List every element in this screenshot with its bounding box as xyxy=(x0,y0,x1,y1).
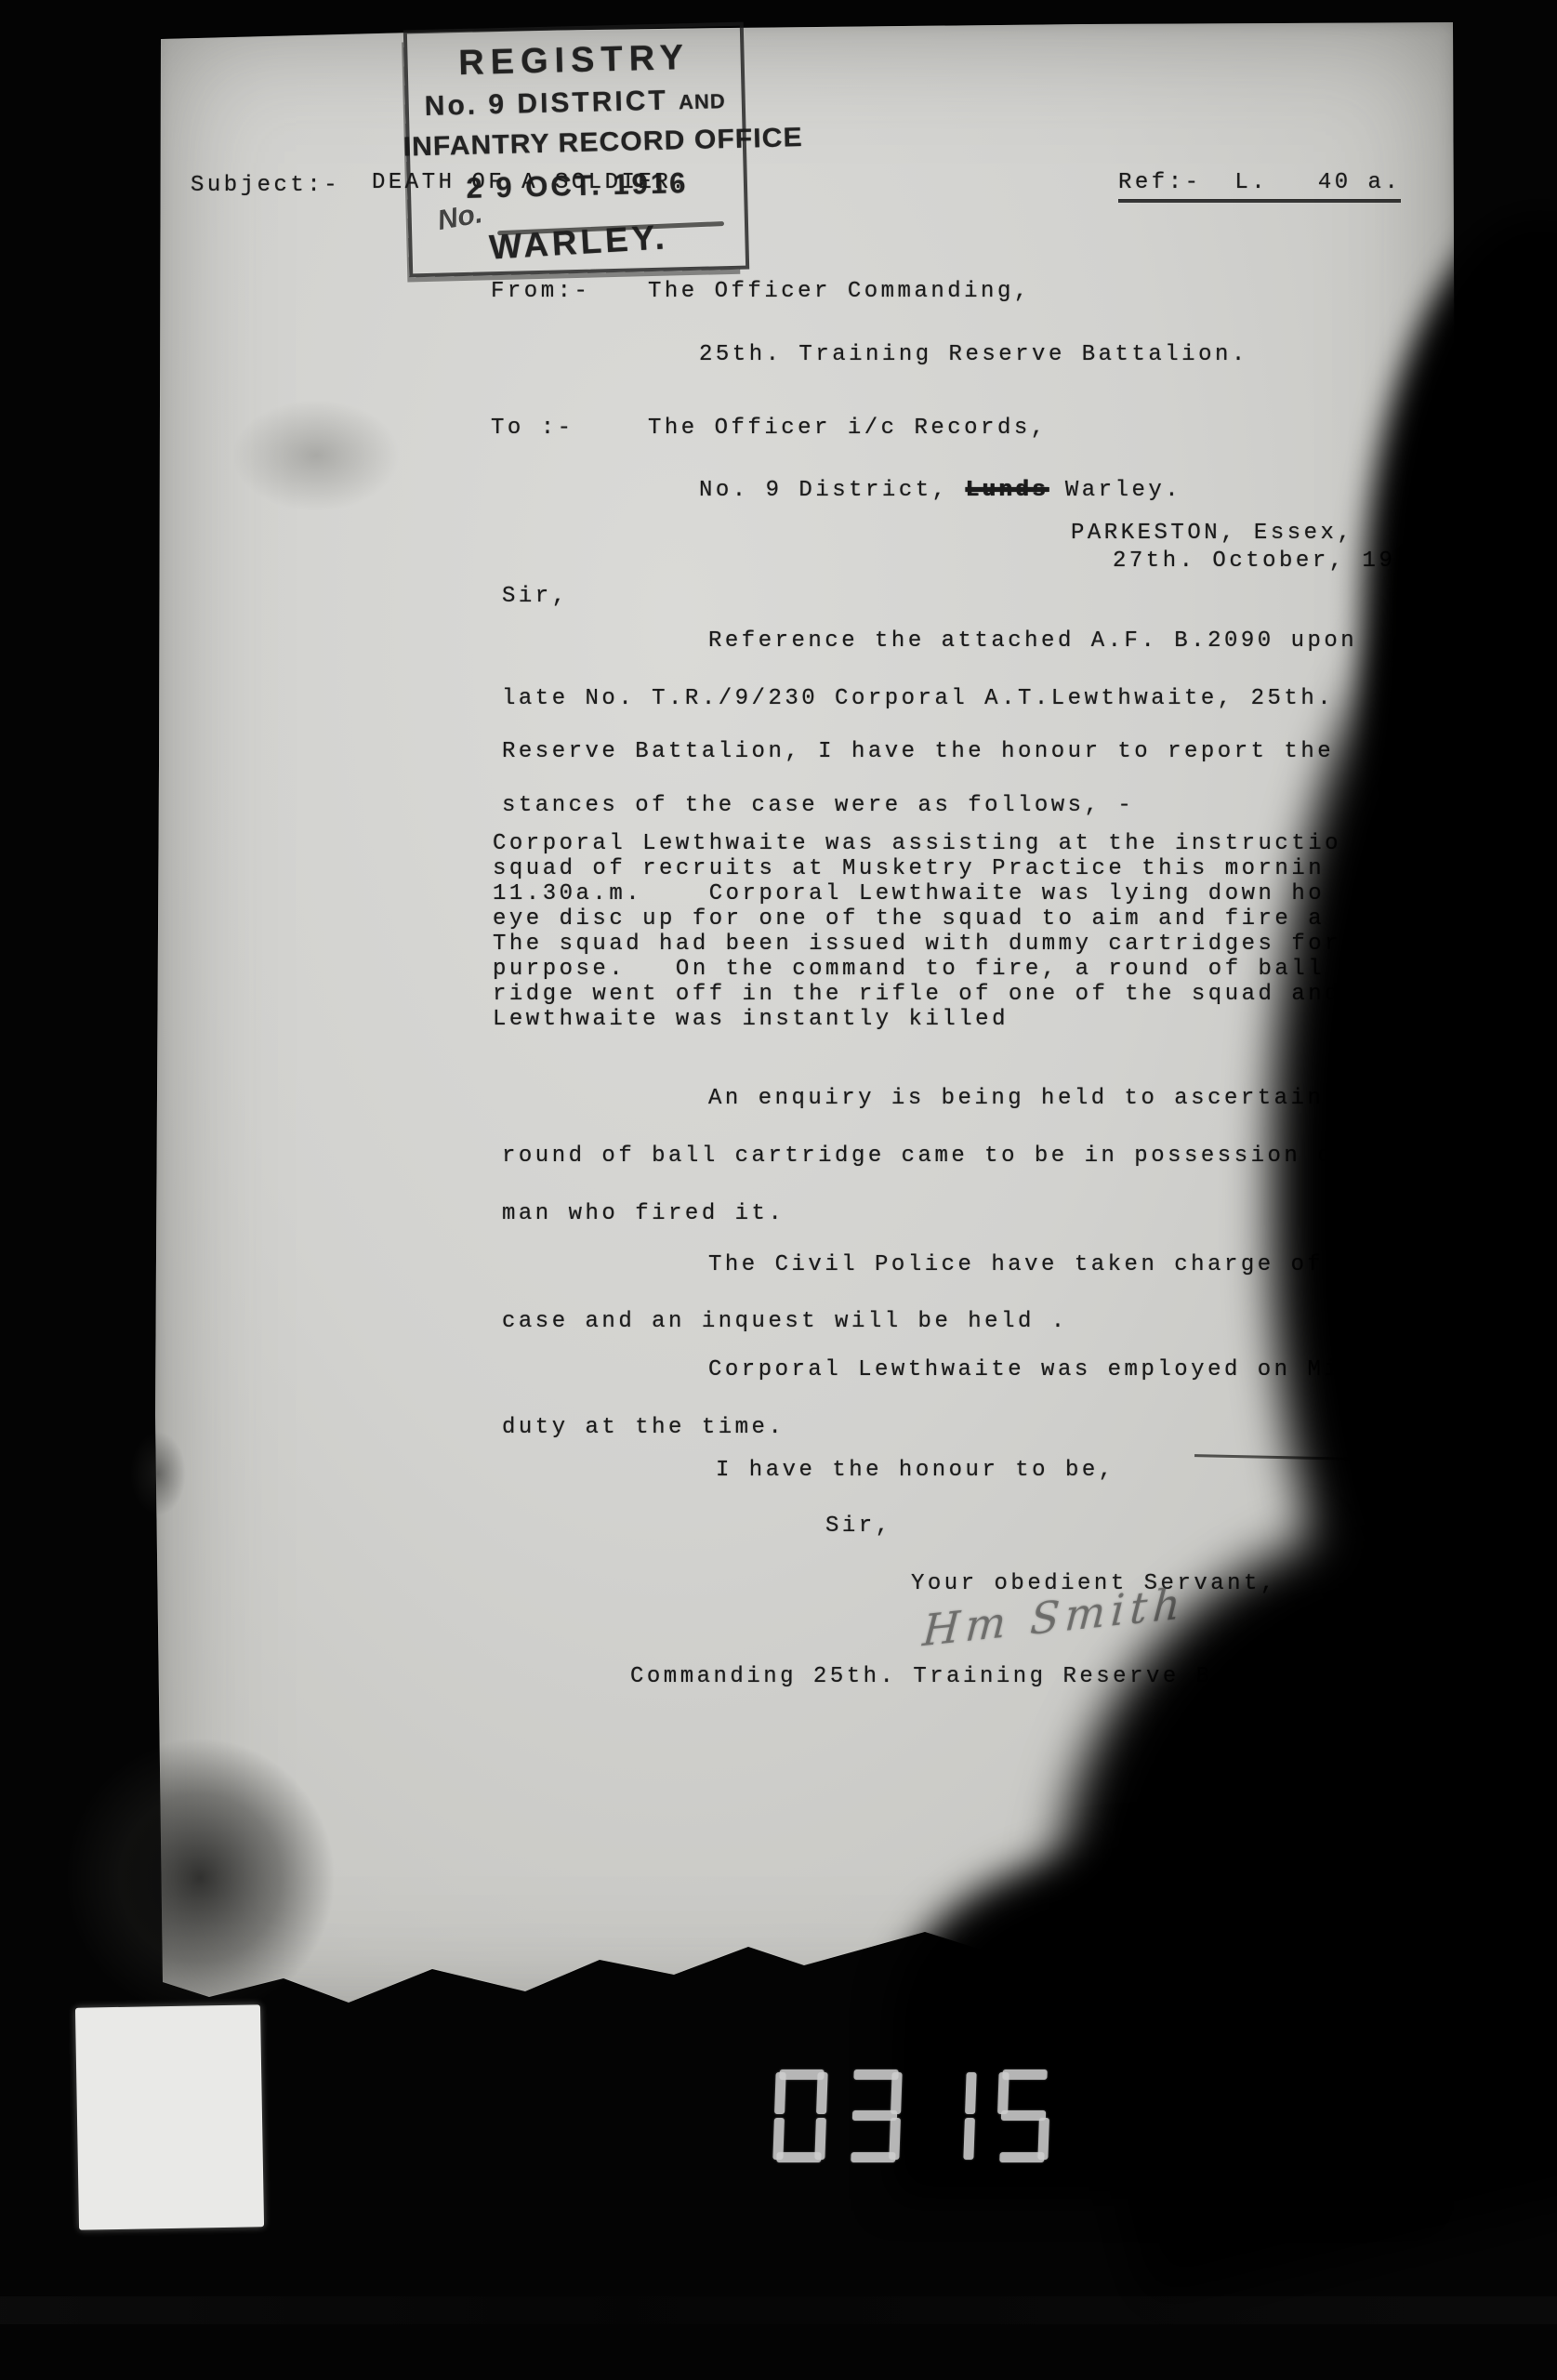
para1-line3: Reserve Battalion, I have the honour to … xyxy=(502,739,1334,765)
para2-line6: purpose. On the command to fire, a round… xyxy=(493,957,1325,983)
reference-number: Ref:- L. 40 a. xyxy=(1118,170,1401,203)
closing-line1: I have the honour to be, xyxy=(716,1458,1115,1484)
para1-line2: late No. T.R./9/230 Corporal A.T.Lewthwa… xyxy=(502,686,1334,712)
segment-d xyxy=(851,2152,895,2162)
para4-line1: The Civil Police have taken charge of xyxy=(708,1252,1324,1278)
para3-line2: round of ball cartridge came to be in po… xyxy=(502,1144,1351,1170)
para2-line8: Lewthwaite was instantly killed xyxy=(493,1007,1009,1033)
counter-digit xyxy=(772,2069,827,2162)
segment-c xyxy=(963,2118,975,2160)
from-line-2: 25th. Training Reserve Battalion. xyxy=(699,342,1248,368)
dateline-place: PARKESTON, Essex, xyxy=(1071,521,1353,547)
segment-f xyxy=(774,2072,786,2114)
para2-line2: squad of recruits at Musketry Practice t… xyxy=(493,856,1325,882)
para3-line1: An enquiry is being held to ascertain h xyxy=(708,1086,1357,1112)
stamp-registry-line: REGISTRY xyxy=(407,37,741,86)
to-line-2-prefix: No. 9 District, xyxy=(699,478,965,503)
para1-line4: stances of the case were as follows, - xyxy=(502,793,1134,819)
subject-label: Subject:- xyxy=(191,173,340,199)
to-label: To :- xyxy=(491,416,574,442)
para2-line1: Corporal Lewthwaite was assisting at the… xyxy=(493,831,1341,857)
registry-stamp: REGISTRY No. 9 DISTRICT AND INFANTRY REC… xyxy=(403,22,749,278)
segment-b xyxy=(816,2072,828,2114)
para2-line7: ridge went off in the rifle of one of th… xyxy=(493,982,1341,1008)
to-line-1: The Officer i/c Records, xyxy=(648,416,1048,442)
para4-line2: case and an inquest will be held . xyxy=(502,1309,1068,1335)
counter-digit xyxy=(996,2069,1050,2162)
segment-g xyxy=(1001,2110,1046,2121)
film-frame-counter xyxy=(772,2069,1050,2162)
from-label: From:- xyxy=(491,279,590,305)
segment-e xyxy=(772,2118,785,2160)
stamp-district-line: No. 9 DISTRICT AND xyxy=(408,84,742,124)
to-line-2: No. 9 District, Lunds Warley. xyxy=(699,478,1181,504)
stamp-and-text: AND xyxy=(679,89,726,113)
segment-f xyxy=(997,2072,1009,2114)
segment-d xyxy=(999,2152,1044,2162)
stamp-office-line: INFANTRY RECORD OFFICE xyxy=(402,124,749,163)
para5-line2: duty at the time. xyxy=(502,1415,785,1441)
para2-line5: The squad had been issued with dummy car… xyxy=(493,932,1341,958)
counter-digit xyxy=(921,2069,976,2162)
subject-value: DEATH OF A SOLDIER. xyxy=(372,170,688,196)
from-line-1: The Officer Commanding, xyxy=(648,279,1031,305)
segment-b xyxy=(965,2072,977,2114)
segment-a xyxy=(1002,2069,1047,2080)
para1-line1: Reference the attached A.F. B.2090 upon xyxy=(708,628,1357,654)
closing-line2: Sir, xyxy=(825,1514,892,1540)
segment-g xyxy=(852,2110,897,2121)
to-line-2-suffix: Warley. xyxy=(1049,478,1181,503)
film-splice-card xyxy=(75,2004,264,2229)
struck-out-word: Lunds xyxy=(965,478,1049,503)
para3-line3: man who fired it. xyxy=(502,1201,785,1227)
segment-b xyxy=(891,2072,903,2114)
para2-line4: eye disc up for one of the squad to aim … xyxy=(493,906,1325,932)
stamp-district-text: No. 9 DISTRICT xyxy=(424,85,679,122)
salutation: Sir, xyxy=(502,584,569,610)
film-edge-streak xyxy=(0,2296,1557,2324)
para2-line3: 11.30a.m. Corporal Lewthwaite was lying … xyxy=(493,881,1325,907)
para5-line1: Corporal Lewthwaite was employed on Mi xyxy=(708,1357,1340,1383)
counter-digit xyxy=(847,2069,902,2162)
dateline-date: 27th. October, 19 xyxy=(1113,549,1395,575)
signoff-line: Commanding 25th. Training Reserve B xyxy=(630,1664,1213,1690)
